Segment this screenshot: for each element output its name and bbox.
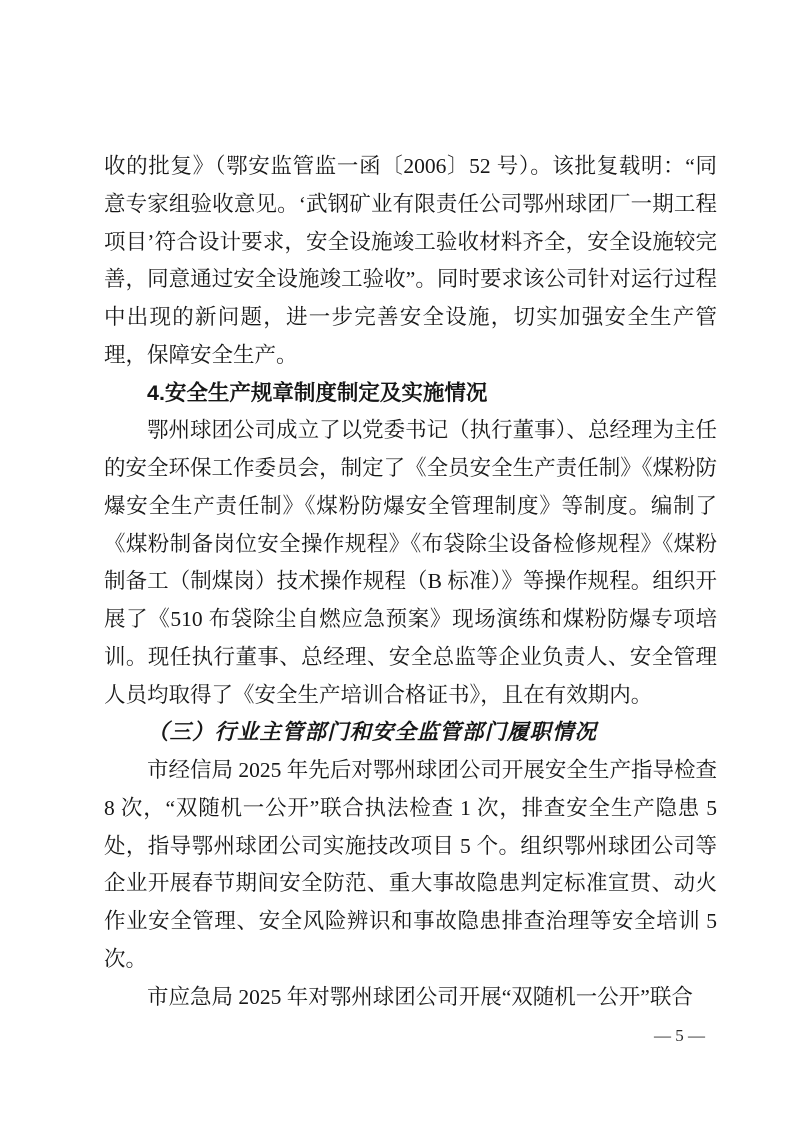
page-number: — 5 —	[654, 1026, 705, 1046]
paragraph-yingji-bureau-inspections: 市应急局 2025 年对鄂州球团公司开展“双随机一公开”联合	[104, 979, 717, 1017]
document-body: 收的批复》（鄂安监管监一函〔2006〕52 号）。该批复载明：“同意专家组验收意…	[104, 148, 717, 1016]
heading-subsection-3-supervision-duties: （三）行业主管部门和安全监管部门履职情况	[104, 714, 717, 752]
document-page: 收的批复》（鄂安监管监一函〔2006〕52 号）。该批复载明：“同意专家组验收意…	[0, 0, 800, 1131]
paragraph-rules-and-training: 鄂州球团公司成立了以党委书记（执行董事）、总经理为主任的安全环保工作委员会，制定…	[104, 412, 717, 714]
paragraph-approval-reply: 收的批复》（鄂安监管监一函〔2006〕52 号）。该批复载明：“同意专家组验收意…	[104, 148, 717, 375]
heading-section-4-rules-implementation: 4.安全生产规章制度制定及实施情况	[104, 375, 717, 413]
paragraph-jingxin-bureau-inspections: 市经信局 2025 年先后对鄂州球团公司开展安全生产指导检查 8 次，“双随机一…	[104, 752, 717, 979]
